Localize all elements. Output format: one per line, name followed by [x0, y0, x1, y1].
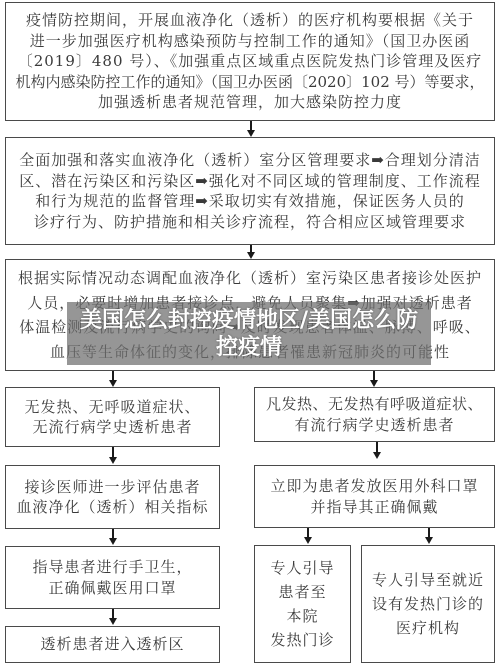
connector-line	[373, 371, 375, 380]
flow-box-policy: 疫情防控期间，开展血液净化（透析）的医疗机构要根据《关于 进一步加强医疗机构感染…	[5, 2, 495, 121]
arrow-down-icon	[304, 537, 312, 544]
flow-box-fever-clinic-this-hospital: 专人引导 患者至 本院 发热门诊	[254, 545, 351, 663]
text-line: 有流行病学史透析患者	[294, 415, 454, 436]
arrow-down-icon	[109, 380, 117, 387]
arrow-down-icon	[109, 618, 117, 625]
overlay-title-line: 美国怎么封控疫情地区/美国怎么防	[80, 307, 418, 334]
text-line: 专人引导	[270, 556, 334, 580]
arrow-down-icon	[425, 537, 433, 544]
arrow-down-icon	[370, 380, 378, 387]
text-line: 并指导其正确佩戴	[310, 497, 438, 518]
arrow-down-icon	[373, 452, 381, 459]
flow-box-zoning: 全面加强和落实血液净化（透析）室分区管理要求➡合理划分清洁 区、潜在污染区和污染…	[5, 137, 495, 245]
flow-box-nearby-fever-clinic: 专人引导至就近 设有发热门诊的 医疗机构	[361, 545, 495, 663]
text-line: 立即为患者发放医用外科口罩	[270, 476, 478, 497]
text-line: 加强透析患者规范管理，加大感染防控力度	[98, 92, 402, 113]
text-line: 区、潜在污染区和污染区➡强化对不同区域的管理制度、工作流程	[19, 171, 481, 192]
flow-box-enter-dialysis: 透析患者进入透析区	[5, 626, 220, 663]
text-line: 和行为规范的监督管理➡采取切实有效措施，保证医务人员的	[35, 191, 465, 212]
text-line: 患者至	[278, 580, 326, 604]
text-line: 全面加强和落实血液净化（透析）室分区管理要求➡合理划分清洁	[19, 150, 481, 171]
flow-box-mask: 立即为患者发放医用外科口罩 并指导其正确佩戴	[254, 465, 495, 528]
text-line: 诊疗行为、防护措施和相关诊疗流程，符合相应区域管理要求	[34, 212, 466, 233]
text-line: 指导患者进行手卫生，	[32, 557, 192, 578]
text-line: 透析患者进入透析区	[40, 634, 184, 655]
text-line: 医疗机构	[396, 616, 460, 640]
arrow-down-icon	[109, 538, 117, 545]
flow-box-symptomatic: 凡发热、无发热有呼吸道症状、 有流行病学史透析患者	[254, 387, 495, 442]
text-line: 专人引导至就近	[372, 568, 484, 592]
text-line: 设有发热门诊的	[372, 592, 484, 616]
flow-box-hygiene: 指导患者进行手卫生， 正确佩戴医用口罩	[5, 546, 220, 609]
arrow-down-icon	[247, 252, 255, 259]
text-line: 正确佩戴医用口罩	[48, 578, 176, 599]
text-line: 无流行病学史透析患者	[32, 417, 192, 438]
text-line: 凡发热、无发热有呼吸道症状、	[266, 394, 483, 415]
title-overlay: 美国怎么封控疫情地区/美国怎么防 控疫情	[67, 302, 431, 365]
arrow-down-icon	[247, 130, 255, 137]
text-line: 疫情防控期间，开展血液净化（透析）的医疗机构要根据《关于	[26, 10, 474, 31]
text-line: 接诊医师进一步评估患者	[24, 477, 200, 498]
text-line: 血液净化（透析）相关指标	[16, 497, 208, 518]
connector-line	[112, 371, 114, 380]
text-line: 根据实际情况动态调配血液净化（透析）室污染区患者接诊处医护	[18, 268, 482, 289]
text-line: 无发热、无呼吸道症状、	[24, 397, 200, 418]
arrow-down-icon	[109, 457, 117, 464]
text-line: 机构内感染防控工作的通知》（国卫办医函〔2020〕102 号）等要求，	[15, 72, 484, 93]
text-line: 发热门诊	[270, 628, 334, 652]
overlay-title-line: 控疫情	[216, 334, 282, 361]
text-line: 〔2019〕480 号）、《加强重点区域重点医院发热门诊管理及医疗	[18, 51, 483, 72]
text-line: 本院	[286, 604, 318, 628]
text-line: 进一步加强医疗机构感染预防与控制工作的通知》（国卫办医函	[30, 31, 471, 52]
flow-box-evaluate: 接诊医师进一步评估患者 血液净化（透析）相关指标	[5, 465, 220, 529]
flow-box-no-symptoms: 无发热、无呼吸道症状、 无流行病学史透析患者	[5, 387, 220, 447]
